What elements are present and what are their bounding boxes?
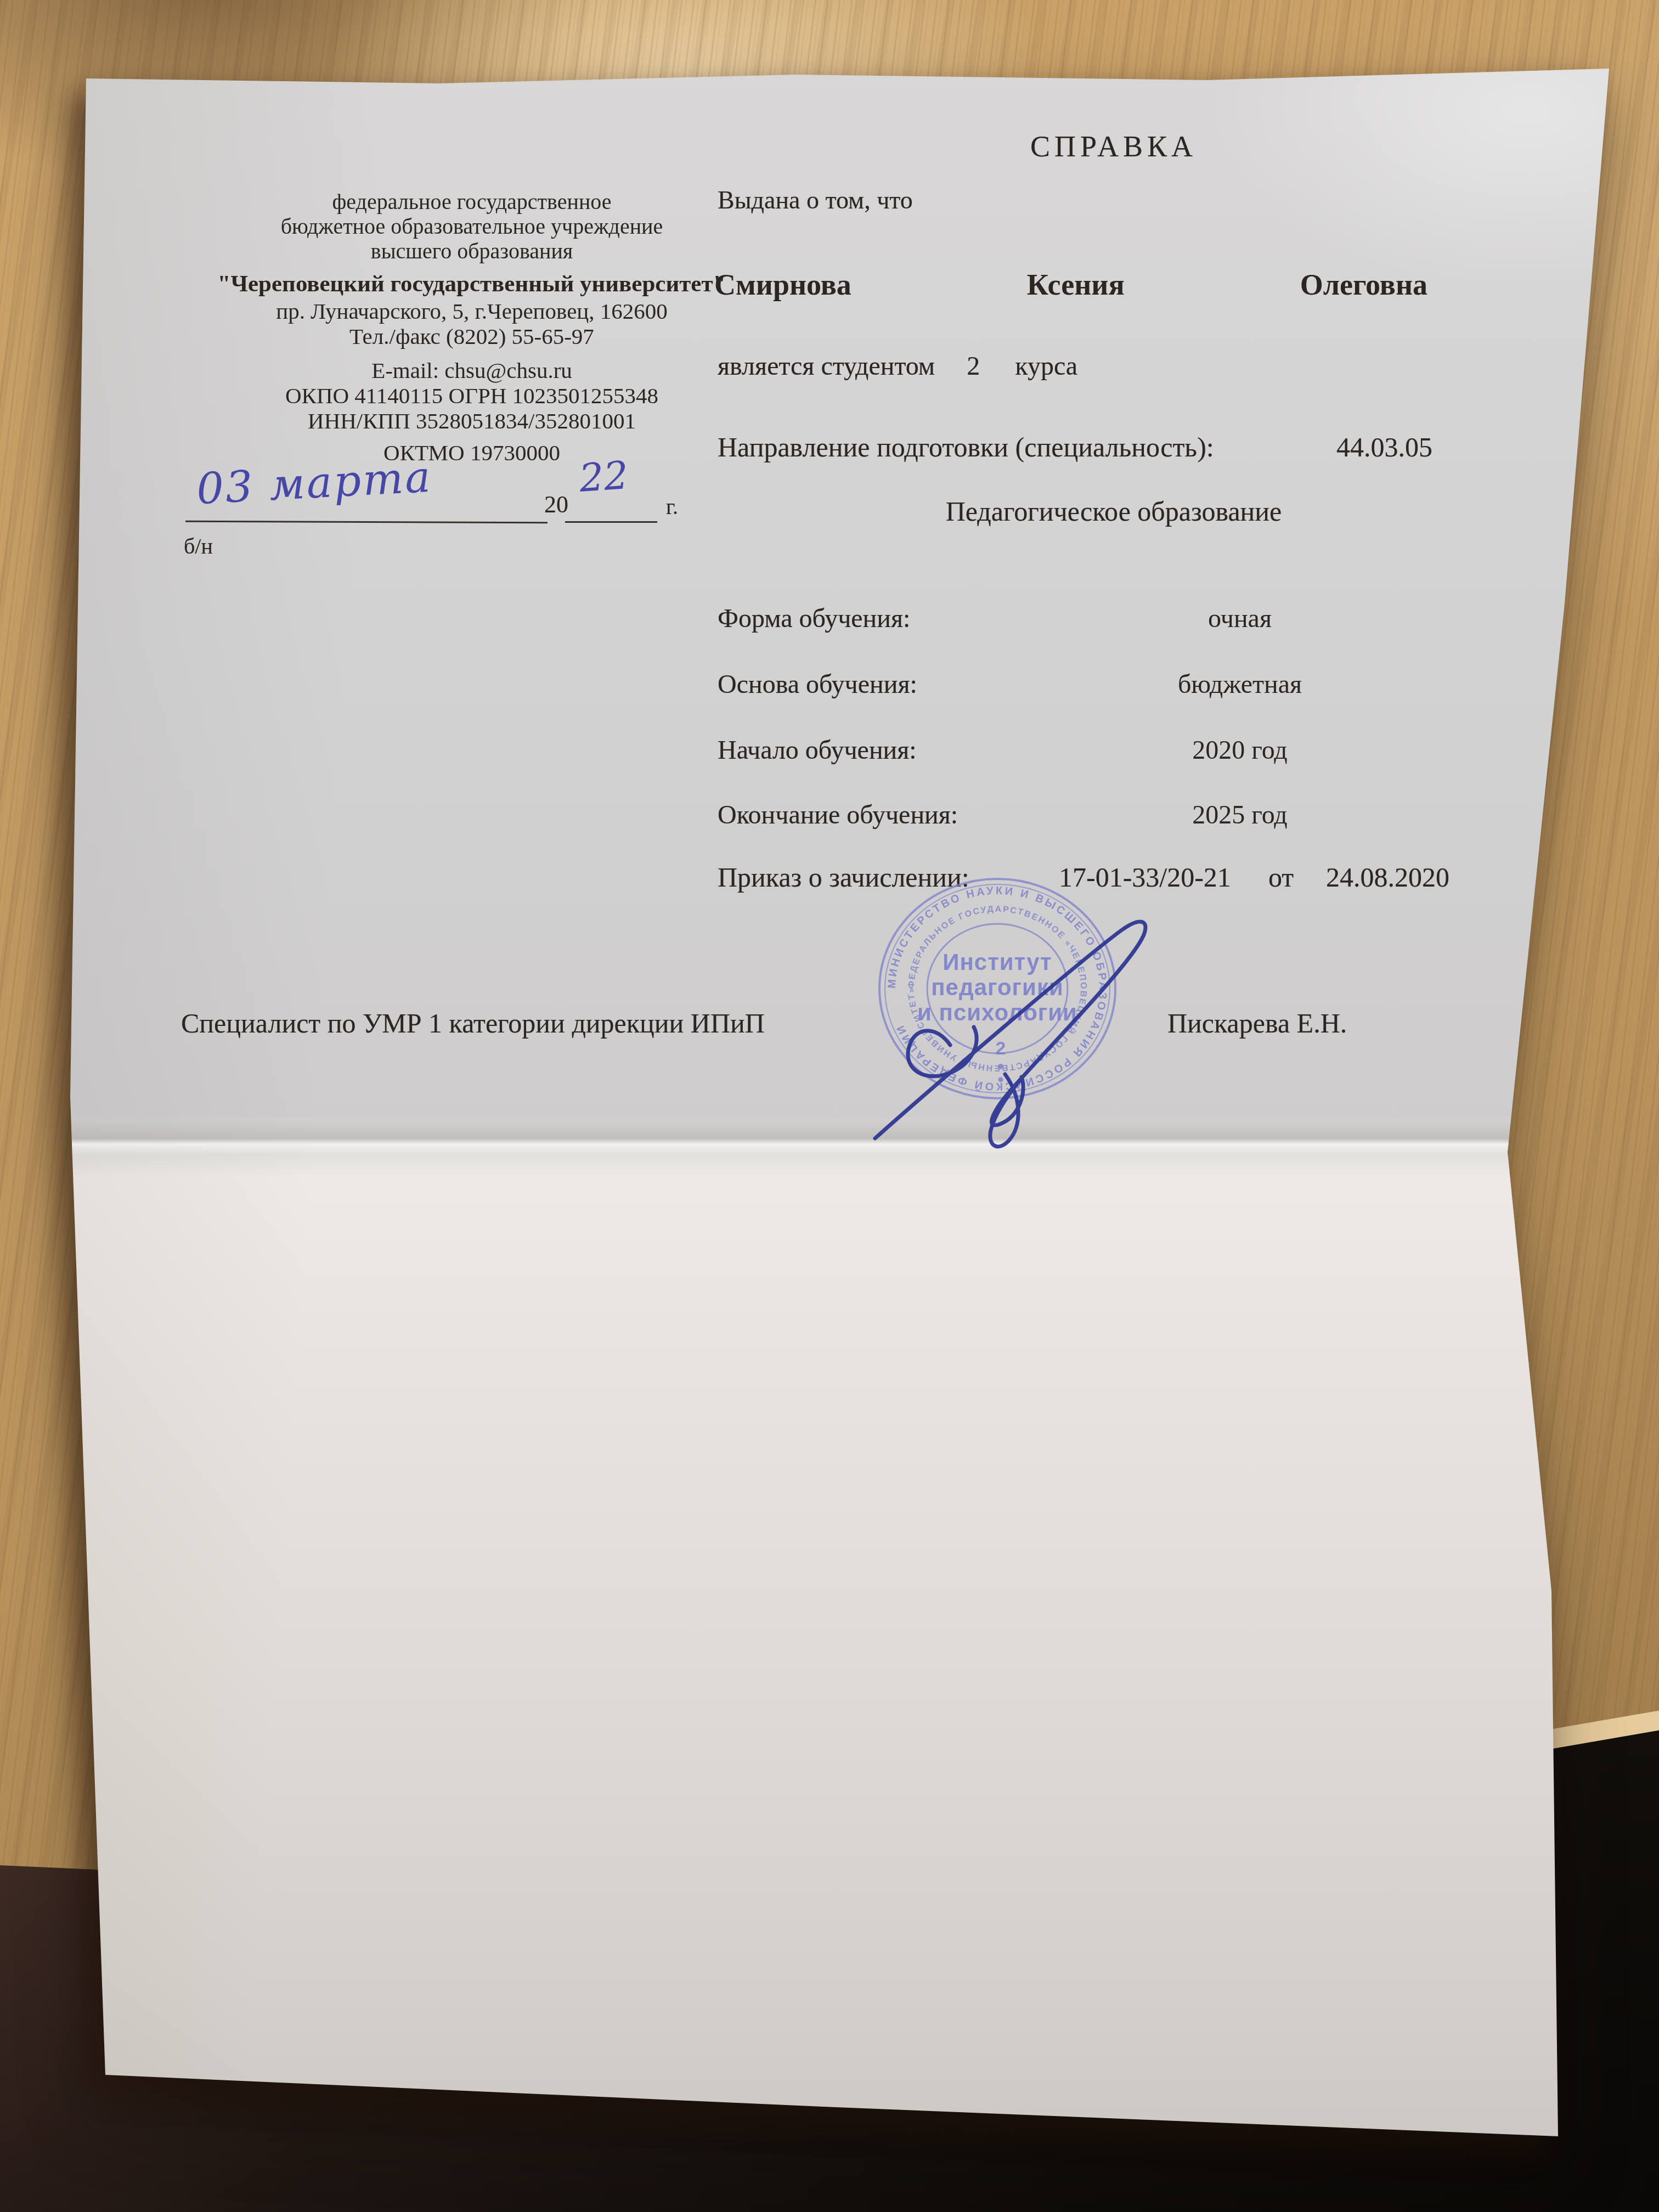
last-name: Смирнова [714, 268, 851, 302]
signer-name: Пискарева Е.Н. [1167, 1007, 1347, 1039]
specialty-label: Направление подготовки (специальность): [718, 431, 1214, 463]
doc-title: СПРАВКА [768, 129, 1459, 163]
year-prefix: 20 [544, 490, 568, 518]
okpo-ogrn-line: ОКПО 41140115 ОГРН 1023501255348 [187, 383, 757, 408]
institute-stamp: МИНИСТЕРСТВО НАУКИ И ВЫСШЕГО ОБРАЗОВАНИЯ… [845, 856, 1174, 1163]
org-line3: высшего образования [187, 239, 757, 263]
fold-crease [0, 1120, 1659, 1155]
issued-line: Выдана о том, что [718, 185, 913, 215]
signer-title: Специалист по УМР 1 категории дирекции И… [181, 1007, 765, 1039]
field-value: очная [1125, 603, 1355, 634]
inn-kpp-line: ИНН/КПП 3528051834/352801001 [187, 408, 757, 433]
date-line: 03 марта 20 22 г. [181, 462, 697, 533]
letterhead: федеральное государственное бюджетное об… [187, 189, 757, 465]
course-word: курса [1015, 352, 1077, 381]
field-value: 2025 год [1125, 800, 1355, 830]
first-name: Ксения [1027, 268, 1125, 302]
course-number: 2 [967, 352, 980, 381]
photo-of-certificate: федеральное государственное бюджетное об… [0, 0, 1659, 2212]
middle-name: Олеговна [1300, 268, 1427, 302]
date-underline [185, 521, 548, 523]
address-line: пр. Луначарского, 5, г.Череповец, 162600 [187, 298, 757, 324]
handwritten-year: 22 [578, 453, 630, 501]
paper-shadow: федеральное государственное бюджетное об… [0, 0, 1659, 2212]
order-date: 24.08.2020 [1326, 861, 1449, 893]
org-line2: бюджетное образовательное учреждение [187, 214, 757, 239]
specialty-name: Педагогическое образование [768, 495, 1459, 527]
field-label: Форма обучения: [718, 603, 910, 634]
student-full-name: Смирнова Ксения Олеговна [714, 268, 1427, 302]
field-label: Начало обучения: [718, 735, 917, 765]
field-label: Окончание обучения: [718, 800, 958, 830]
stamp-center-line2: педагогики [931, 974, 1064, 1000]
org-line1: федеральное государственное [187, 189, 757, 214]
field-label: Основа обучения: [718, 669, 917, 699]
certificate-paper: федеральное государственное бюджетное об… [0, 0, 1659, 2212]
year-underline [565, 521, 657, 523]
field-value: 2020 год [1125, 735, 1355, 765]
doc-number: б/н [184, 533, 213, 559]
year-suffix: г. [666, 494, 678, 520]
specialty-code: 44.03.05 [1336, 431, 1432, 463]
phone-line: Тел./факс (8202) 55-65-97 [187, 324, 757, 349]
order-from-word: от [1268, 861, 1294, 893]
stamp-dot [998, 1077, 1003, 1082]
email-line: E-mail: chsu@chsu.ru [187, 358, 757, 383]
field-value: бюджетная [1125, 669, 1355, 699]
handwritten-day-month: 03 марта [195, 453, 433, 514]
stamp-center-line3: и психологии [917, 1000, 1077, 1025]
stamp-dot [998, 1064, 1003, 1069]
student-label: является студентом [718, 352, 935, 381]
stamp-center-line1: Институт [943, 949, 1052, 975]
student-course-line: является студентом2курса [718, 351, 1077, 381]
university-name: "Череповецкий государственный университе… [187, 270, 757, 298]
stamp-number: 2 [996, 1038, 1006, 1059]
